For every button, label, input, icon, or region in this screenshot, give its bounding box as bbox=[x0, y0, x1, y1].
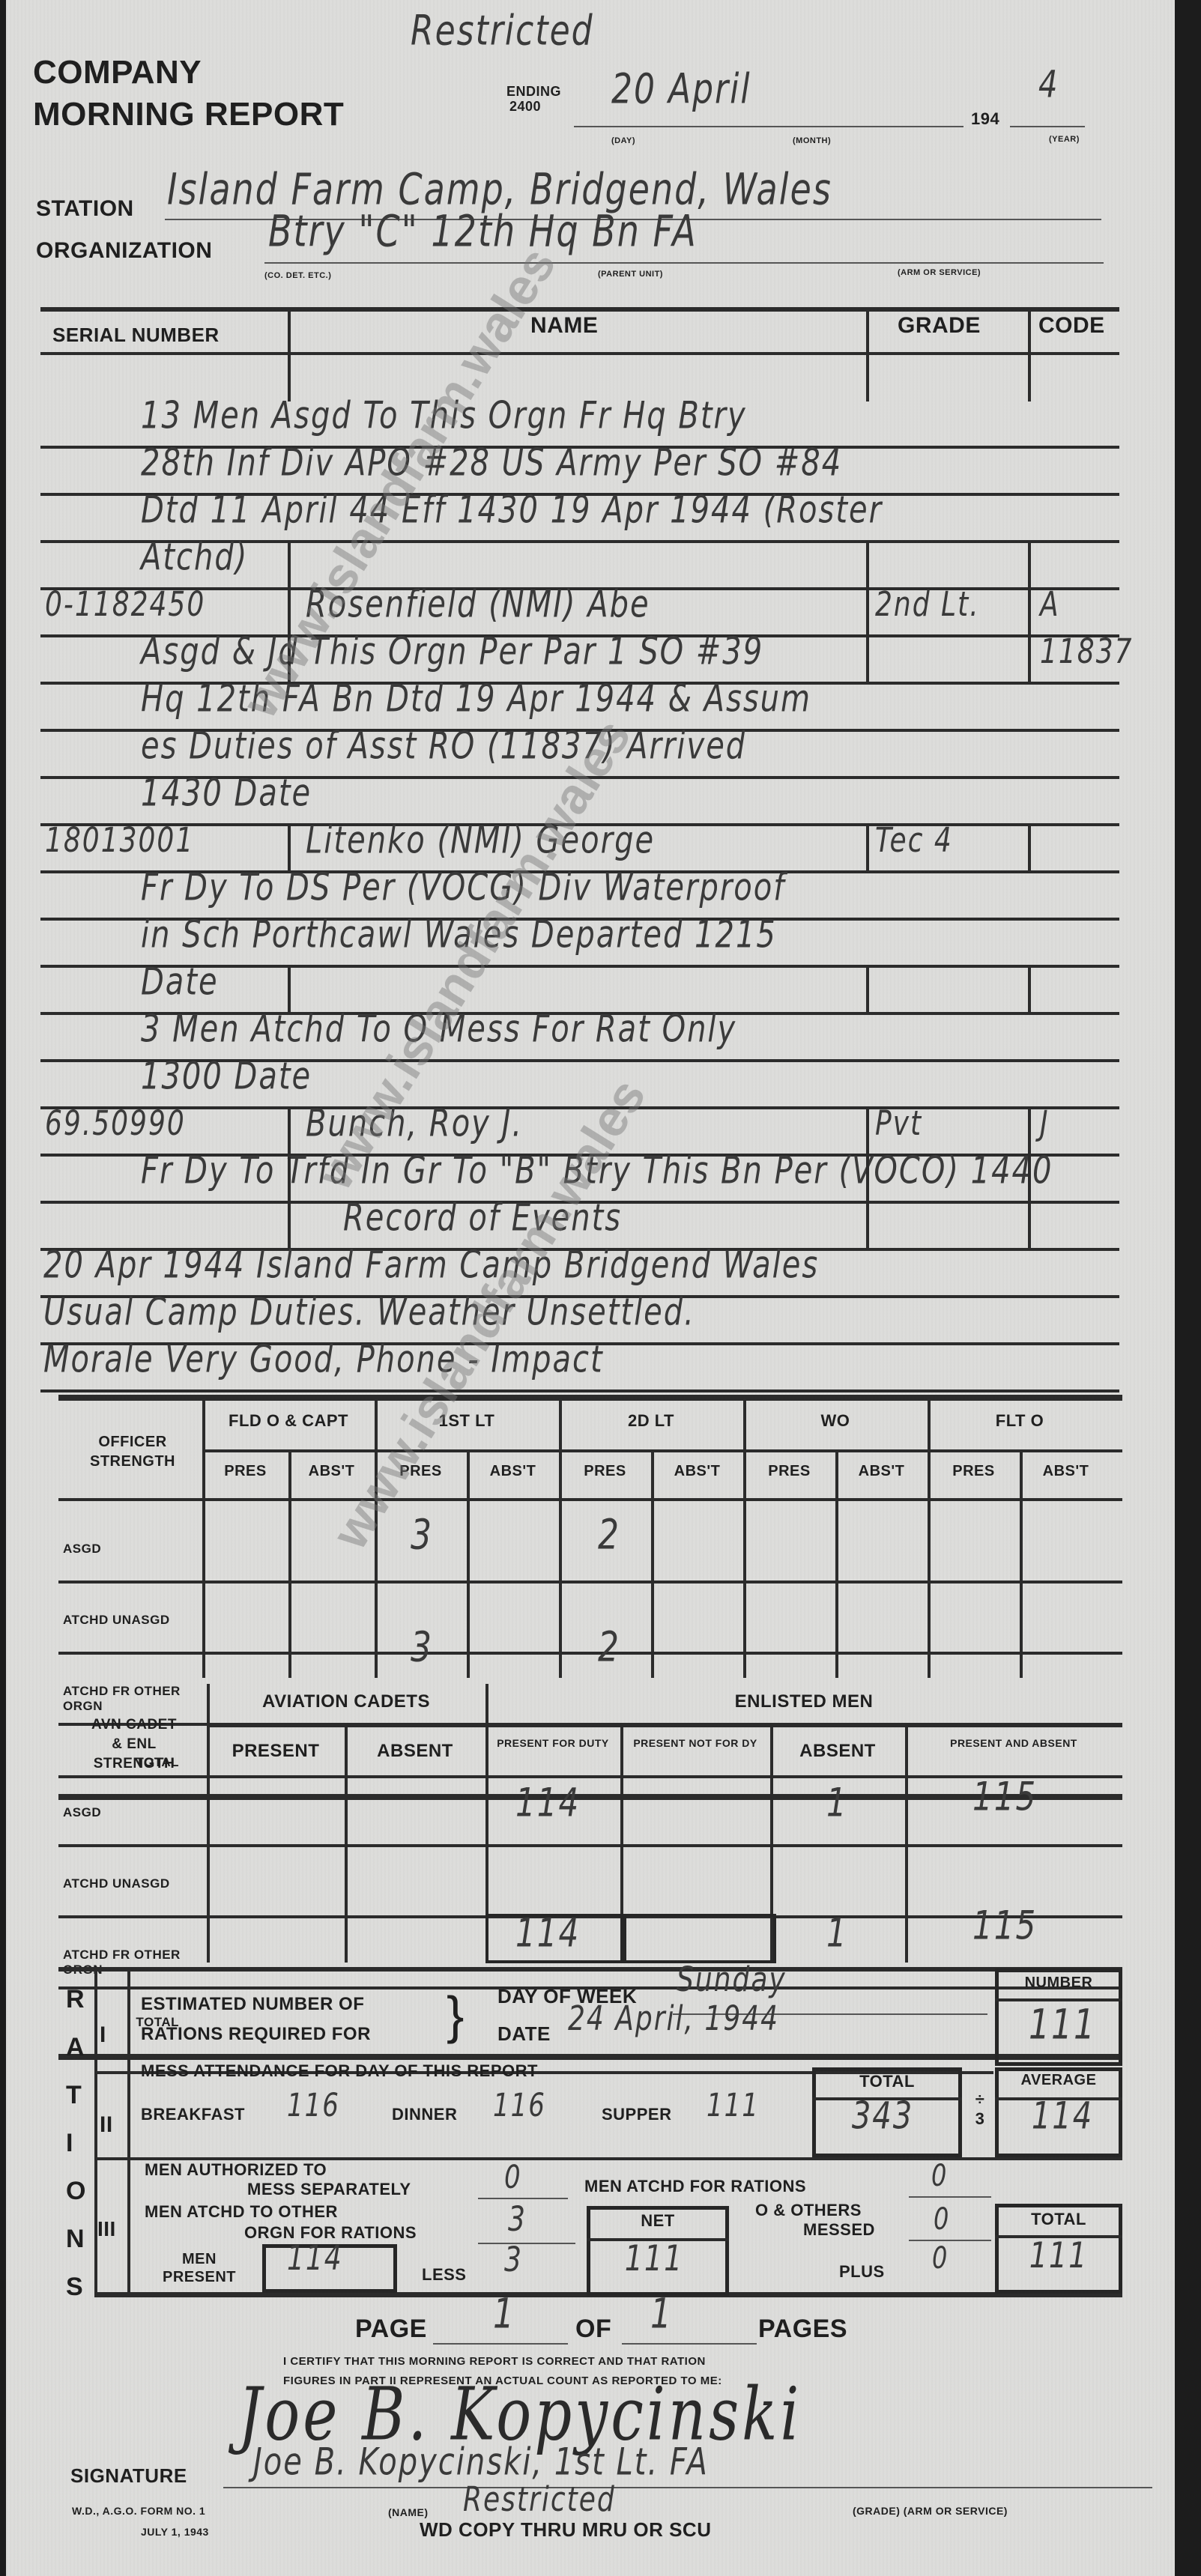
col-divider bbox=[905, 1724, 908, 1963]
mess-sep-label-1: MEN AUTHORIZED TO bbox=[145, 2160, 327, 2180]
part2-roman: II bbox=[100, 2112, 113, 2138]
officer-title-2: STRENGTH bbox=[61, 1452, 204, 1471]
officer-row-rule bbox=[58, 1794, 1122, 1800]
ending-label: ENDING 2400 bbox=[506, 84, 561, 114]
table-top-rule bbox=[40, 307, 1119, 312]
entry-code: 11837 bbox=[1040, 633, 1134, 671]
entry-grade: Tec 4 bbox=[875, 822, 953, 860]
total-present-and-absent: 115 bbox=[972, 1903, 1037, 1948]
typed-name-field: Joe B. Kopycinski, 1st Lt. FA bbox=[253, 2441, 709, 2485]
others-label-1: O & OTHERS bbox=[755, 2201, 862, 2220]
col-divider bbox=[866, 1157, 869, 1204]
col-grade: GRADE bbox=[898, 313, 981, 339]
year-underline bbox=[1010, 126, 1085, 127]
entry-text: Fr Dy To Trfd In Gr To "B" Btry This Bn … bbox=[141, 1150, 1053, 1193]
page-underline bbox=[433, 2343, 568, 2345]
name-caption: (NAME) bbox=[388, 2506, 429, 2518]
entry-serial: 69.50990 bbox=[45, 1105, 186, 1143]
others-label-2: MESSED bbox=[803, 2220, 875, 2240]
atchd-other-value: 3 bbox=[508, 2201, 527, 2239]
others-underline bbox=[909, 2240, 991, 2241]
mess-sep-value: 0 bbox=[504, 2159, 522, 2196]
enlisted-row-rule bbox=[58, 1775, 1122, 1778]
asgd-absent: 1 bbox=[826, 1780, 848, 1825]
entry-text: Date bbox=[141, 961, 219, 1004]
entry-text: Hq 12th FA Bn Dtd 19 Apr 1944 & Assum bbox=[141, 678, 811, 721]
entry-text: Usual Camp Duties. Weather Unsettled. bbox=[43, 1291, 695, 1335]
entry-code: J bbox=[1040, 1105, 1050, 1143]
rations-top-rule bbox=[58, 1967, 1122, 1972]
entry-text: Rosenfield (NMI) Abe bbox=[306, 584, 650, 627]
copy-note: WD COPY THRU MRU OR SCU bbox=[420, 2518, 711, 2542]
certify-line-1: I CERTIFY THAT THIS MORNING REPORT IS CO… bbox=[283, 2355, 706, 2368]
abst-header: ABS'T bbox=[467, 1463, 559, 1480]
atchd-rations-label: MEN ATCHD FOR RATIONS bbox=[584, 2177, 806, 2196]
morning-report-form: Restricted COMPANY MORNING REPORT ENDING… bbox=[6, 0, 1175, 2576]
date-underline bbox=[574, 126, 963, 127]
net-label: NET bbox=[590, 2211, 725, 2231]
brace: } bbox=[447, 1985, 465, 2045]
entry-text: 20 Apr 1944 Island Farm Camp Bridgend Wa… bbox=[43, 1244, 819, 1288]
rations-side-letter: N bbox=[66, 2225, 85, 2254]
dinner-value: 116 bbox=[493, 2087, 546, 2124]
part3-roman: III bbox=[97, 2217, 116, 2241]
sub-day: (DAY) bbox=[611, 136, 635, 145]
group-rule bbox=[202, 1449, 1122, 1452]
average-label: AVERAGE bbox=[999, 2072, 1119, 2089]
entry-serial: 18013001 bbox=[45, 822, 194, 860]
sub-divider bbox=[835, 1449, 838, 1678]
entry-text: Atchd) bbox=[141, 536, 248, 580]
col-divider bbox=[1028, 1204, 1031, 1251]
group-divider bbox=[202, 1401, 205, 1678]
mess-total-value: 343 bbox=[830, 2095, 935, 2139]
col-divider bbox=[866, 1204, 869, 1251]
divide-by-three: ÷ 3 bbox=[969, 2090, 991, 2129]
enlisted-row-label: ASGD bbox=[63, 1805, 202, 1820]
date-label: DATE bbox=[497, 2022, 551, 2046]
officer-group-header: 2D LT bbox=[559, 1411, 743, 1431]
men-present-value: 114 bbox=[287, 2240, 343, 2278]
net-value: 111 bbox=[598, 2237, 710, 2279]
officer-row-rule bbox=[58, 1652, 1122, 1655]
others-value: 0 bbox=[934, 2201, 950, 2237]
officer-group-header: FLD O & CAPT bbox=[202, 1411, 375, 1431]
row-rule bbox=[40, 1389, 1119, 1392]
sub-divider bbox=[467, 1449, 470, 1678]
entry-text: Dtd 11 April 44 Eff 1430 19 Apr 1944 (Ro… bbox=[141, 489, 883, 533]
total-1st-lt-pres: 3 bbox=[411, 1623, 433, 1671]
entry-text: Morale Very Good, Phone - Impact bbox=[43, 1339, 604, 1382]
entry-text: Fr Dy To DS Per (VOCG) Div Waterproof bbox=[141, 867, 785, 910]
atchd-other-underline bbox=[478, 2243, 575, 2244]
supper-label: SUPPER bbox=[602, 2105, 671, 2124]
pres-header: PRES bbox=[559, 1463, 651, 1480]
signature-underline bbox=[223, 2487, 1152, 2488]
asgd-2d-lt-pres: 2 bbox=[598, 1511, 620, 1559]
ending-label-1: ENDING bbox=[506, 84, 561, 99]
officer-group-header: 1ST LT bbox=[375, 1411, 559, 1431]
ration-total-label: TOTAL bbox=[999, 2210, 1119, 2229]
col-divider bbox=[288, 543, 291, 590]
average-value: 114 bbox=[1021, 2095, 1104, 2139]
entry-text: 3 Men Atchd To O Mess For Rat Only bbox=[141, 1008, 736, 1052]
enlisted-men-header: ENLISTED MEN bbox=[485, 1691, 1122, 1712]
sub-parent: (PARENT UNIT) bbox=[598, 270, 663, 279]
enlisted-col-header: PRESENT bbox=[207, 1741, 345, 1762]
entry-text: Bunch, Roy J. bbox=[306, 1103, 523, 1146]
mess-total-label: TOTAL bbox=[816, 2072, 958, 2091]
pres-header: PRES bbox=[743, 1463, 835, 1480]
men-present-label: MEN PRESENT bbox=[139, 2250, 259, 2286]
enlisted-row-label: ATCHD UNASGD bbox=[63, 1876, 202, 1891]
record-of-events-heading: Record of Events bbox=[343, 1197, 622, 1240]
pres-header: PRES bbox=[928, 1463, 1020, 1480]
total-2d-lt-pres: 2 bbox=[598, 1623, 620, 1671]
rations-side-letter: O bbox=[66, 2177, 86, 2206]
col-divider bbox=[1028, 590, 1031, 637]
aviation-cadets-header: AVIATION CADETS bbox=[207, 1691, 485, 1712]
sub-year: (YEAR) bbox=[1049, 135, 1080, 144]
group-divider bbox=[375, 1401, 378, 1678]
col-code: CODE bbox=[1038, 313, 1105, 339]
row-rule bbox=[40, 1106, 1119, 1109]
ration-date-field: 24 April, 1944 bbox=[568, 2000, 779, 2038]
abst-header: ABS'T bbox=[1020, 1463, 1112, 1480]
form-title-line2: MORNING REPORT bbox=[33, 96, 344, 133]
col-divider-3 bbox=[1028, 312, 1031, 401]
form-number: W.D., A.G.O. FORM NO. 1 bbox=[72, 2505, 205, 2517]
sub-month: (MONTH) bbox=[793, 136, 831, 145]
dinner-label: DINNER bbox=[392, 2105, 457, 2124]
station-label: STATION bbox=[36, 196, 134, 222]
less-value: 3 bbox=[504, 2241, 523, 2279]
plus-label: PLUS bbox=[839, 2262, 885, 2282]
of-label: OF bbox=[575, 2315, 611, 2344]
officer-group-header: FLT O bbox=[928, 1411, 1112, 1431]
col-divider bbox=[866, 826, 869, 873]
enlisted-col-header: PRESENT NOT FOR DY bbox=[620, 1732, 770, 1754]
col-divider-2 bbox=[866, 312, 869, 401]
rations-left-rule bbox=[94, 1972, 97, 2294]
rations-side-letter: I bbox=[66, 2129, 73, 2158]
entry-text: Asgd & Jd This Orgn Per Par 1 SO #39 bbox=[141, 631, 763, 674]
entry-code: A bbox=[1040, 586, 1060, 624]
rations-side-letter: T bbox=[66, 2081, 82, 2110]
mess-sep-underline bbox=[478, 2198, 568, 2199]
officer-row-label: ATCHD UNASGD bbox=[63, 1613, 202, 1628]
officer-row-label: ATCHD FR OTHER ORGN bbox=[63, 1684, 202, 1714]
atchd-other-label-1: MEN ATCHD TO OTHER bbox=[145, 2202, 338, 2222]
part1-roman: I bbox=[100, 2022, 106, 2048]
entry-text: 28th Inf Div APO #28 US Army Per SO #84 bbox=[141, 442, 842, 485]
col-divider bbox=[866, 543, 869, 590]
organization-field: Btry "C" 12th Hq Bn FA bbox=[268, 206, 698, 257]
sub-arm: (ARM OR SERVICE) bbox=[898, 268, 981, 277]
total-pages-field: 1 bbox=[650, 2290, 673, 2338]
ending-label-2: 2400 bbox=[506, 99, 561, 114]
plus-value: 0 bbox=[932, 2240, 949, 2276]
enlisted-col-header: ABSENT bbox=[770, 1741, 905, 1762]
day-of-week-field: Sunday bbox=[677, 1961, 787, 1999]
abst-header: ABS'T bbox=[835, 1463, 928, 1480]
asgd-present-for-duty: 114 bbox=[515, 1780, 580, 1825]
col-divider bbox=[288, 1157, 291, 1204]
officer-group-header: WO bbox=[743, 1411, 928, 1431]
enlisted-row-rule bbox=[58, 1844, 1122, 1847]
enlisted-col-header: PRESENT FOR DUTY bbox=[485, 1732, 620, 1754]
enlisted-col-header: PRESENT AND ABSENT bbox=[905, 1732, 1122, 1754]
entry-text: es Duties of Asst RO (11837) Arrived bbox=[141, 725, 746, 769]
col-divider bbox=[866, 590, 869, 637]
col-name: NAME bbox=[530, 313, 598, 339]
col-divider-1 bbox=[288, 312, 291, 401]
header-rule bbox=[40, 352, 1119, 355]
less-label: LESS bbox=[422, 2265, 466, 2285]
rations-roman-rule bbox=[127, 1972, 130, 2294]
sub-divider bbox=[651, 1449, 654, 1678]
sub-divider bbox=[1020, 1449, 1023, 1678]
of-underline bbox=[622, 2343, 757, 2345]
enlisted-row-rule bbox=[58, 2054, 1122, 2060]
mess-attendance-label: MESS ATTENDANCE FOR DAY OF THIS REPORT bbox=[141, 2061, 538, 2081]
officer-title-1: OFFICER bbox=[61, 1432, 204, 1452]
officer-row-rule bbox=[58, 1498, 1122, 1501]
officer-row-rule bbox=[58, 1581, 1122, 1584]
form-date: JULY 1, 1943 bbox=[141, 2526, 209, 2538]
col-divider bbox=[1028, 1157, 1031, 1204]
pages-label: PAGES bbox=[758, 2315, 847, 2344]
breakfast-value: 116 bbox=[287, 2087, 340, 2124]
total-duty-box bbox=[485, 1914, 626, 1963]
signature-label: SIGNATURE bbox=[70, 2464, 187, 2488]
mess-sep-label-2: MESS SEPARATELY bbox=[247, 2180, 411, 2199]
part1-label-1: ESTIMATED NUMBER OF bbox=[141, 1994, 364, 2015]
col-serial-number: SERIAL NUMBER bbox=[52, 324, 220, 347]
officer-row-label: ASGD bbox=[63, 1542, 202, 1557]
grade-caption: (GRADE) (ARM OR SERVICE) bbox=[853, 2505, 1008, 2517]
group-divider bbox=[928, 1401, 931, 1678]
abst-header: ABS'T bbox=[288, 1463, 375, 1480]
entry-text: 1430 Date bbox=[141, 772, 312, 816]
entry-text: in Sch Porthcawl Wales Departed 1215 bbox=[141, 914, 777, 957]
entry-grade: 2nd Lt. bbox=[875, 586, 980, 624]
group-divider bbox=[559, 1401, 562, 1678]
group-divider bbox=[743, 1401, 746, 1678]
officer-strength-title: OFFICER STRENGTH bbox=[61, 1432, 204, 1471]
enlisted-col-header: ABSENT bbox=[345, 1741, 485, 1762]
total-not-duty-box bbox=[620, 1914, 776, 1963]
atchd-rations-value: 0 bbox=[931, 2158, 948, 2194]
page-number-field: 1 bbox=[493, 2290, 515, 2338]
abst-header: ABS'T bbox=[651, 1463, 743, 1480]
atchd-rations-underline bbox=[909, 2196, 991, 2198]
organization-underline bbox=[264, 262, 1104, 264]
organization-label: ORGANIZATION bbox=[36, 238, 212, 264]
supper-value: 111 bbox=[707, 2087, 760, 2124]
year-field: 4 bbox=[1038, 64, 1059, 107]
restricted-stamp-bottom: Restricted bbox=[463, 2481, 616, 2519]
sub-co: (CO. DET. ETC.) bbox=[264, 271, 331, 280]
pres-header: PRES bbox=[375, 1463, 467, 1480]
entry-serial: 0-1182450 bbox=[45, 586, 205, 624]
report-date-field: 20 April bbox=[611, 65, 751, 113]
asgd-present-and-absent: 115 bbox=[972, 1774, 1037, 1819]
rations-side-letter: R bbox=[66, 1985, 85, 2014]
rations-side-letter: S bbox=[66, 2273, 83, 2302]
restricted-stamp-top: Restricted bbox=[411, 7, 594, 55]
sub-divider bbox=[288, 1449, 291, 1678]
part1-label-2: RATIONS REQUIRED FOR bbox=[141, 2024, 371, 2045]
entry-grade: Pvt bbox=[875, 1105, 922, 1143]
col-divider bbox=[866, 968, 869, 1015]
col-divider bbox=[1028, 968, 1031, 1015]
total-absent: 1 bbox=[826, 1910, 848, 1956]
pres-header: PRES bbox=[202, 1463, 288, 1480]
col-divider bbox=[207, 1684, 210, 1963]
enlisted-row-label: ATCHD FR OTHER ORGN bbox=[63, 1948, 202, 1978]
ration-total-value: 111 bbox=[1014, 2234, 1104, 2276]
enlisted-title: AVN CADET & ENL STRENGTH bbox=[63, 1715, 205, 1774]
entry-text: 13 Men Asgd To This Orgn Fr Hq Btry bbox=[141, 395, 747, 438]
officer-top-rule bbox=[58, 1395, 1122, 1401]
form-title-line1: COMPANY bbox=[33, 54, 202, 91]
rations-side-letter: A bbox=[66, 2033, 85, 2062]
year-prefix: 194 bbox=[971, 109, 999, 129]
page-label: PAGE bbox=[355, 2315, 427, 2344]
col-divider bbox=[866, 637, 869, 685]
entry-text: Litenko (NMI) George bbox=[306, 819, 655, 863]
entry-text: 1300 Date bbox=[141, 1055, 312, 1099]
breakfast-label: BREAKFAST bbox=[141, 2105, 245, 2124]
number-value: 111 bbox=[1025, 2001, 1100, 2049]
col-divider bbox=[1028, 637, 1031, 685]
col-divider bbox=[1028, 826, 1031, 873]
col-divider bbox=[1028, 543, 1031, 590]
asgd-1st-lt-pres: 3 bbox=[411, 1511, 433, 1559]
number-label: NUMBER bbox=[999, 1975, 1119, 1992]
